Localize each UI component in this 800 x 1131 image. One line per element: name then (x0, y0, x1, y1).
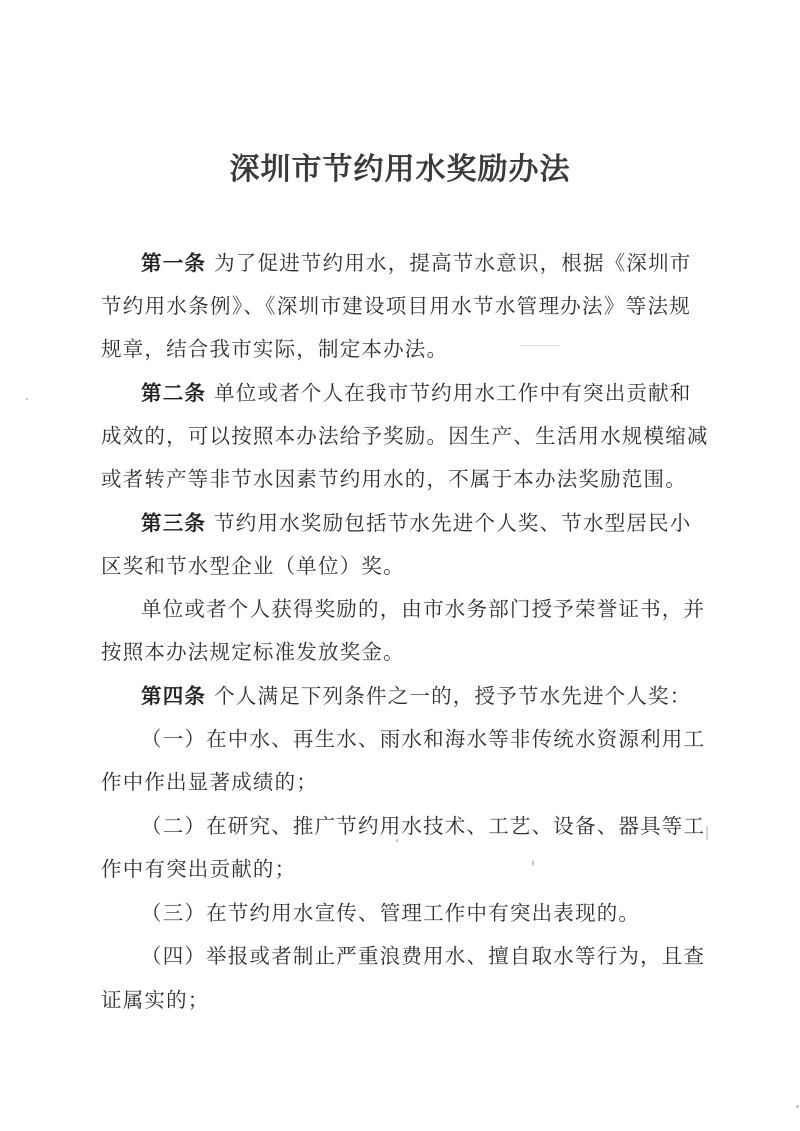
article-3-extra-line-2: 按照本办法规定标准发放奖金。 (101, 639, 691, 665)
document-page: 深圳市节约用水奖励办法 第一条为了促进节约用水，提高节水意识，根据《深圳市 节约… (0, 0, 800, 1131)
article-3-line-2: 区奖和节水型企业（单位）奖。 (101, 553, 691, 579)
scan-speck (796, 1105, 799, 1108)
article-2-line-2: 成效的，可以按照本办法给予奖励。因生产、生活用水规模缩减 (101, 423, 691, 449)
article-3-text: 节约用水奖励包括节水先进个人奖、节水型居民小 (214, 511, 691, 535)
article-4-item-3-line-1: （三）在节约用水宣传、管理工作中有突出表现的。 (141, 900, 691, 926)
article-1-line-1: 第一条为了促进节约用水，提高节水意识，根据《深圳市 (141, 250, 691, 276)
article-4-item-4-line-1: （四）举报或者制止严重浪费用水、擅自取水等行为，且查 (141, 943, 691, 969)
article-2-line-1: 第二条单位或者个人在我市节约用水工作中有突出贡献和 (141, 380, 691, 406)
scan-speck (26, 398, 28, 400)
scan-speck (520, 345, 560, 346)
article-3-extra-line-1: 单位或者个人获得奖励的，由市水务部门授予荣誉证书，并 (141, 596, 691, 622)
article-4-text: 个人满足下列条件之一的，授予节水先进个人奖： (214, 684, 691, 708)
article-2-text: 单位或者个人在我市节约用水工作中有突出贡献和 (214, 381, 691, 405)
article-2-line-3: 或者转产等非节水因素节约用水的，不属于本办法奖励范围。 (101, 466, 691, 492)
article-3-heading: 第三条 (141, 511, 206, 535)
article-4-item-2-line-2: 作中有突出贡献的； (101, 856, 691, 882)
document-title: 深圳市节约用水奖励办法 (0, 144, 800, 188)
article-4-item-4-line-2: 证属实的； (101, 987, 691, 1013)
scan-speck (706, 826, 708, 840)
article-1-line-3: 规章，结合我市实际，制定本办法。 (101, 336, 691, 362)
article-4-item-2-line-1: （二）在研究、推广节约用水技术、工艺、设备、器具等工 (141, 813, 691, 839)
article-4-line-1: 第四条个人满足下列条件之一的，授予节水先进个人奖： (141, 683, 691, 709)
article-4-heading: 第四条 (141, 684, 206, 708)
scan-speck (532, 860, 534, 866)
scan-speck (328, 262, 330, 264)
scan-speck (396, 839, 398, 842)
article-1-heading: 第一条 (141, 251, 206, 275)
article-3-line-1: 第三条节约用水奖励包括节水先进个人奖、节水型居民小 (141, 510, 691, 536)
article-4-item-1-line-1: （一）在中水、再生水、雨水和海水等非传统水资源利用工 (141, 726, 691, 752)
article-1-text: 为了促进节约用水，提高节水意识，根据《深圳市 (214, 251, 691, 275)
article-4-item-1-line-2: 作中作出显著成绩的； (101, 769, 691, 795)
article-1-line-2: 节约用水条例》、《深圳市建设项目用水节水管理办法》等法规 (101, 293, 691, 319)
article-2-heading: 第二条 (141, 381, 206, 405)
